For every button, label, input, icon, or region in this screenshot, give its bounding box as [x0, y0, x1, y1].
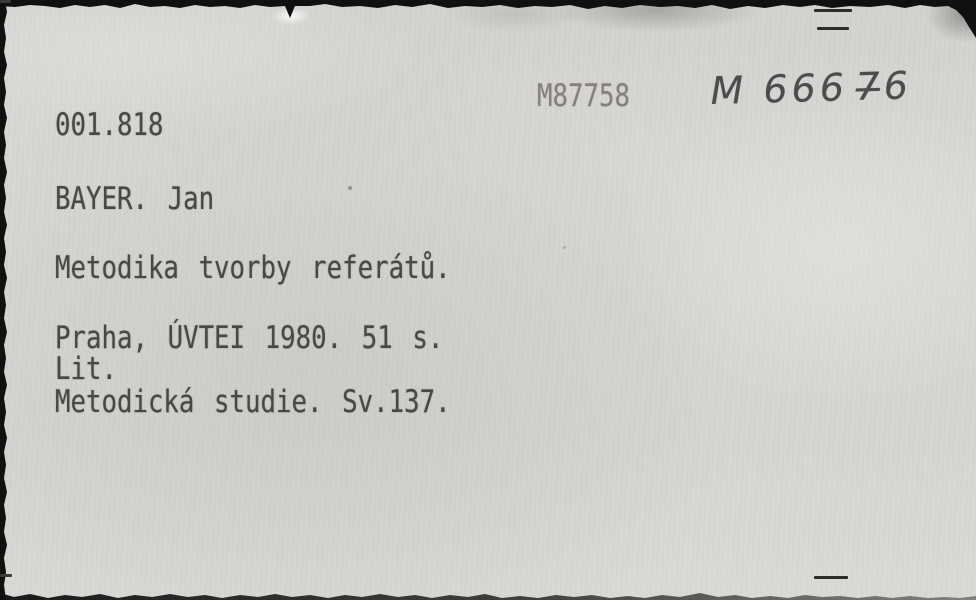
- catalog-card-scan: M87758 M 666 7̶6 001.818 BAYER. Jan Meto…: [0, 0, 976, 600]
- mark-dash-top-left-2: [0, 0, 8, 3]
- handwritten-accession-number: M 666 7̶6: [710, 66, 913, 110]
- paper-speck: [563, 246, 566, 249]
- torn-edge-top: [0, 0, 976, 42]
- mark-dash-top-right-1: [814, 9, 852, 12]
- mark-dash-bottom-right: [814, 576, 848, 579]
- bibliography-note: Lit.: [55, 354, 117, 385]
- classification-number: 001.818: [55, 110, 163, 141]
- author-heading: BAYER. Jan: [55, 184, 214, 215]
- control-number: M87758: [537, 81, 630, 112]
- imprint-line: Praha, ÚVTEI 1980. 51 s.: [55, 323, 443, 354]
- series-statement: Metodická studie. Sv.137.: [55, 387, 451, 418]
- mark-dash-top-right-2: [817, 27, 849, 30]
- torn-edge-left: [0, 0, 10, 600]
- mark-dash-bottom-left: [0, 574, 12, 577]
- paper-speck: [348, 186, 352, 190]
- torn-edge-bottom: [0, 590, 976, 600]
- title: Metodika tvorby referátů.: [55, 253, 451, 284]
